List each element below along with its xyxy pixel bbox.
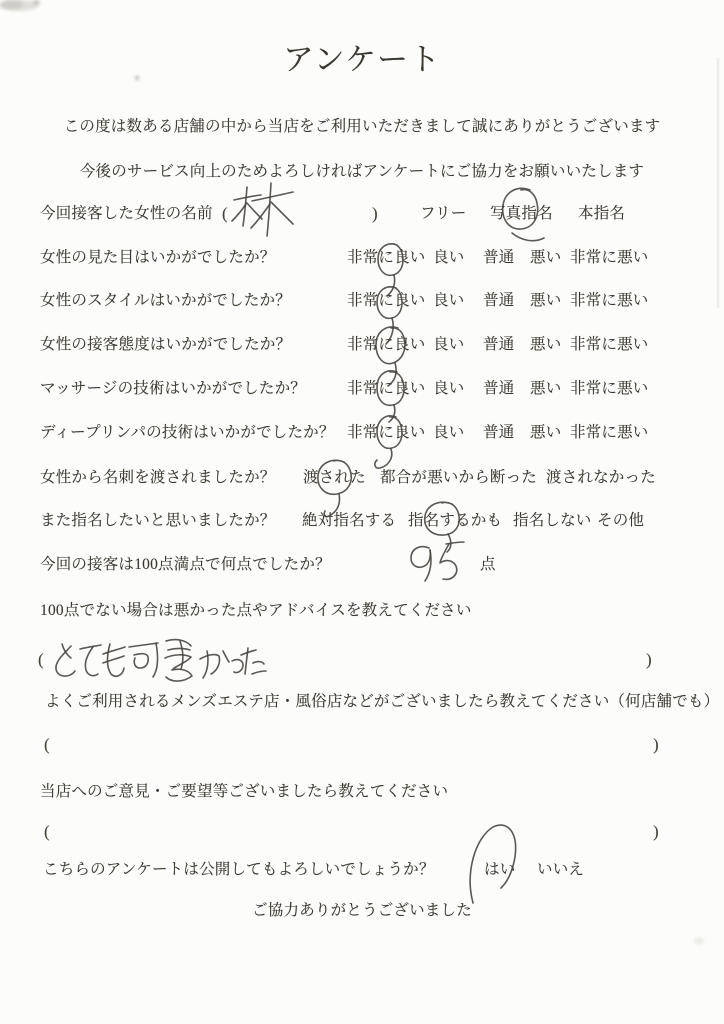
rating-option: 非常に良い: [347, 379, 426, 399]
rating-option: 非常に悪い: [570, 379, 649, 399]
rating-option: 普通: [483, 379, 514, 399]
rating-row-service: 女性の接客態度はいかがでしたか？ 非常に良い 良い 普通 悪い 非常に悪い: [0, 335, 724, 357]
rating-label: 女性の接客態度はいかがでしたか？: [40, 335, 291, 355]
close-paren-icon: ): [653, 735, 659, 755]
rating-option: 悪い: [530, 248, 561, 268]
rating-option: 良い: [433, 248, 464, 268]
scan-smudge: [694, 938, 704, 944]
scan-smudge: [33, 0, 40, 5]
scan-smudge: [0, 0, 24, 9]
name-option-free: フリー: [420, 204, 466, 224]
business-card-row: 女性から名刺を渡されましたか？ 渡された 都合が悪いから断った 渡されなかった: [0, 468, 724, 490]
rating-label: 女性のスタイルはいかがでしたか？: [40, 291, 291, 311]
rating-row-massage: マッサージの技術はいかがでしたか？ 非常に良い 良い 普通 悪い 非常に悪い: [0, 379, 724, 401]
rating-option: 普通: [483, 423, 514, 443]
name-question-row: 今回接客した女性の名前 ( ) フリー 写真指名 本指名: [0, 204, 724, 226]
rating-option: 非常に悪い: [570, 291, 649, 311]
advice-question-row: 100点でない場合は悪かった点やアドバイスを教えてください: [0, 601, 724, 623]
name-question-label: 今回接客した女性の名前: [40, 204, 213, 224]
rating-label: ディープリンパの技術はいかがでしたか？: [40, 423, 335, 443]
open-paren-icon: (: [38, 650, 44, 670]
rating-option: 普通: [483, 291, 514, 311]
publish-option-no: いいえ: [537, 860, 584, 880]
page-title: アンケート: [0, 50, 724, 70]
opinion-answer-line: ( ): [0, 822, 724, 844]
name-option-honshimei: 本指名: [578, 204, 625, 224]
rating-option: 非常に悪い: [570, 335, 649, 355]
intro-line-2: 今後のサービス向上のためよろしければアンケートにご協力をお願いいたします: [0, 162, 724, 182]
close-paren-icon: ): [372, 204, 378, 224]
rating-option: 良い: [433, 335, 464, 355]
intro-line-1: この度は数ある店舗の中から当店をご利用いただきまして誠にありがとうございます: [0, 117, 724, 137]
advice-answer-line: ( ): [0, 650, 724, 672]
repeat-option-other: その他: [597, 511, 644, 531]
rating-option: 普通: [483, 335, 514, 355]
score-row: 今回の接客は100点満点で何点でしたか？ 点: [0, 555, 724, 577]
other-shops-label: よくご利用されるメンズエステ店・風俗店などがございましたら教えてください（何店舗…: [45, 692, 719, 712]
repeat-option-no: 指名しない: [513, 511, 592, 531]
close-paren-icon: ): [646, 650, 652, 670]
rating-option: 非常に良い: [347, 248, 426, 268]
other-shops-answer-line: ( ): [0, 735, 724, 757]
publish-question-row: こちらのアンケートは公開してもよろしいでしょうか？ はい いいえ: [0, 860, 724, 882]
score-unit: 点: [480, 555, 496, 575]
repeat-request-row: また指名したいと思いましたか？ 絶対指名する 指名するかも 指名しない その他: [0, 511, 724, 533]
scan-smudge: [135, 76, 139, 80]
card-option-not-given: 渡されなかった: [546, 468, 656, 488]
rating-option: 非常に良い: [347, 423, 426, 443]
rating-option: 悪い: [530, 335, 561, 355]
rating-option: 非常に悪い: [570, 248, 649, 268]
closing-line: ご協力ありがとうございました: [0, 901, 724, 921]
score-label: 今回の接客は100点満点で何点でしたか？: [40, 555, 331, 575]
opinion-question-row: 当店へのご意見・ご要望等ございましたら教えてください: [0, 782, 724, 804]
other-shops-question-row: よくご利用されるメンズエステ店・風俗店などがございましたら教えてください（何店舗…: [0, 692, 724, 714]
rating-option: 良い: [433, 291, 464, 311]
rating-row-style: 女性のスタイルはいかがでしたか？ 非常に良い 良い 普通 悪い 非常に悪い: [0, 291, 724, 313]
rating-label: マッサージの技術はいかがでしたか？: [40, 379, 306, 399]
repeat-request-label: また指名したいと思いましたか？: [40, 511, 276, 531]
card-option-declined: 都合が悪いから断った: [380, 468, 537, 488]
card-option-received: 渡された: [303, 468, 366, 488]
publish-option-yes: はい: [484, 860, 515, 880]
close-paren-icon: ): [653, 822, 659, 842]
open-paren-icon: (: [222, 204, 228, 224]
rating-option: 普通: [483, 248, 514, 268]
scan-edge-artifact: [717, 58, 719, 308]
scanned-questionnaire: アンケート この度は数ある店舗の中から当店をご利用いただきまして誠にありがとうご…: [0, 0, 724, 1024]
rating-option: 非常に悪い: [570, 423, 649, 443]
rating-label: 女性の見た目はいかがでしたか？: [40, 248, 276, 268]
name-option-photo: 写真指名: [490, 204, 553, 224]
opinion-label: 当店へのご意見・ご要望等ございましたら教えてください: [40, 782, 448, 802]
rating-option: 非常に良い: [347, 291, 426, 311]
rating-option: 良い: [433, 423, 464, 443]
open-paren-icon: (: [44, 735, 50, 755]
publish-label: こちらのアンケートは公開してもよろしいでしょうか？: [43, 860, 435, 880]
rating-row-deep-lymph: ディープリンパの技術はいかがでしたか？ 非常に良い 良い 普通 悪い 非常に悪い: [0, 423, 724, 445]
rating-option: 悪い: [530, 291, 561, 311]
rating-option: 非常に良い: [347, 335, 426, 355]
business-card-label: 女性から名刺を渡されましたか？: [40, 468, 276, 488]
repeat-option-definitely: 絶対指名する: [302, 511, 396, 531]
open-paren-icon: (: [44, 822, 50, 842]
rating-option: 良い: [433, 379, 464, 399]
repeat-option-maybe: 指名するかも: [408, 511, 502, 531]
rating-row-looks: 女性の見た目はいかがでしたか？ 非常に良い 良い 普通 悪い 非常に悪い: [0, 248, 724, 270]
rating-option: 悪い: [530, 379, 561, 399]
rating-option: 悪い: [530, 423, 561, 443]
advice-label: 100点でない場合は悪かった点やアドバイスを教えてください: [40, 601, 472, 621]
